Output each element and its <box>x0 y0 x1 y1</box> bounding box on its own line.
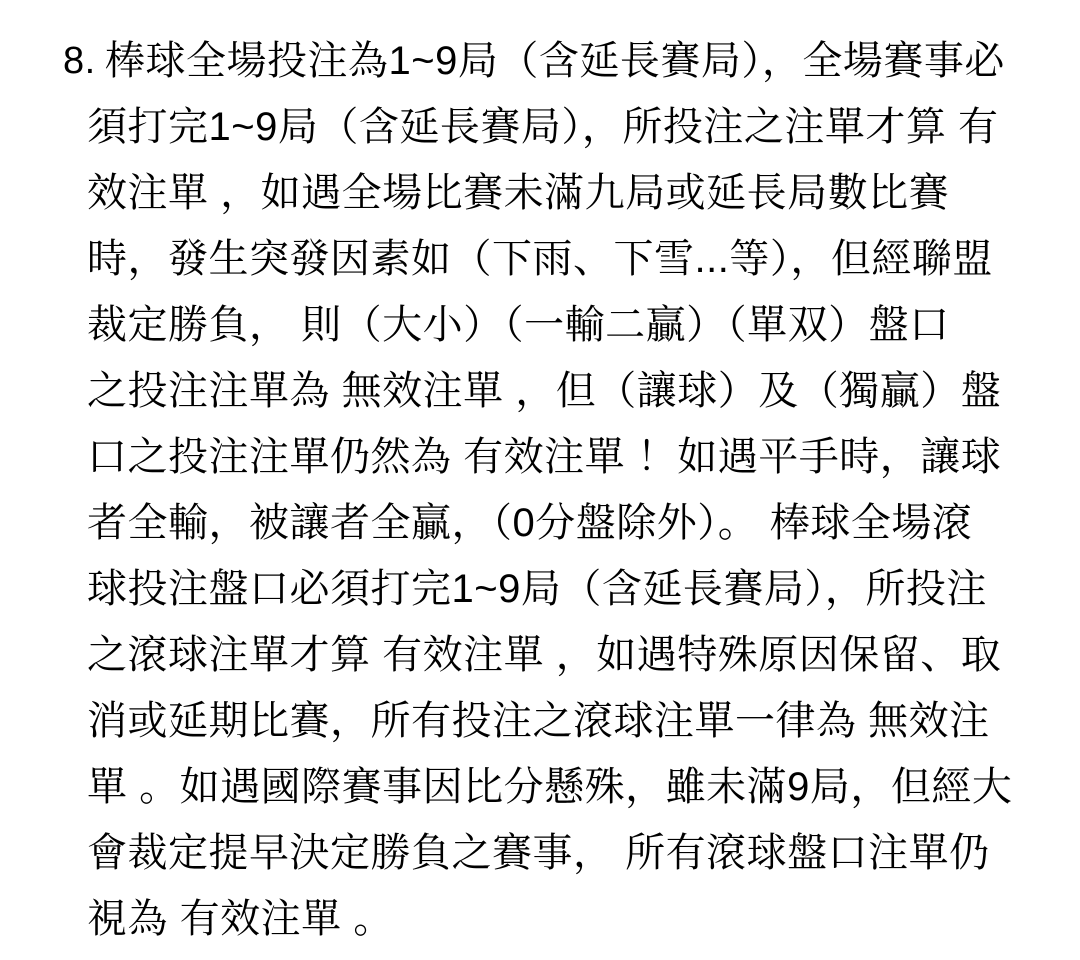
rule-text-line: 之投注注單為 無效注單 ，但（讓球）及（獨贏）盤 <box>87 358 1050 424</box>
rule-text-line: 消或延期比賽，所有投注之滾球注單一律為 無效注 <box>87 688 1050 754</box>
rule-text-line: 球投注盤口必須打完1~9局（含延長賽局），所投注 <box>87 556 1050 622</box>
rule-text-line: 單 。如遇國際賽事因比分懸殊，雖未滿9局，但經大 <box>87 754 1050 820</box>
rule-text-block: 棒球全場投注為1~9局（含延長賽局），全場賽事必須打完1~9局（含延長賽局），所… <box>87 28 1050 952</box>
list-item-number: 8. <box>63 28 103 94</box>
rule-text-line: 會裁定提早決定勝負之賽事， 所有滾球盤口注單仍 <box>87 820 1050 886</box>
rule-text-line: 效注單 ，如遇全場比賽未滿九局或延長局數比賽 <box>87 160 1050 226</box>
rule-text-line: 棒球全場投注為1~9局（含延長賽局），全場賽事必 <box>87 28 1050 94</box>
rule-text-line: 須打完1~9局（含延長賽局），所投注之注單才算 有 <box>87 94 1050 160</box>
rule-text-line: 口之投注注單仍然為 有效注單 ！如遇平手時，讓球 <box>87 424 1050 490</box>
rule-text-line: 之滾球注單才算 有效注單 ，如遇特殊原因保留、取 <box>87 622 1050 688</box>
rules-document-page: 8. 棒球全場投注為1~9局（含延長賽局），全場賽事必須打完1~9局（含延長賽局… <box>0 0 1080 960</box>
rule-text-line: 者全輸，被讓者全贏，（0分盤除外）。 棒球全場滾 <box>87 490 1050 556</box>
rule-text-line: 時，發生突發因素如（下雨、下雪...等），但經聯盟 <box>87 226 1050 292</box>
rule-text-line: 裁定勝負， 則（大小）（一輸二贏）（單双）盤口 <box>87 292 1050 358</box>
rule-text-line: 視為 有效注單 。 <box>87 886 1050 952</box>
